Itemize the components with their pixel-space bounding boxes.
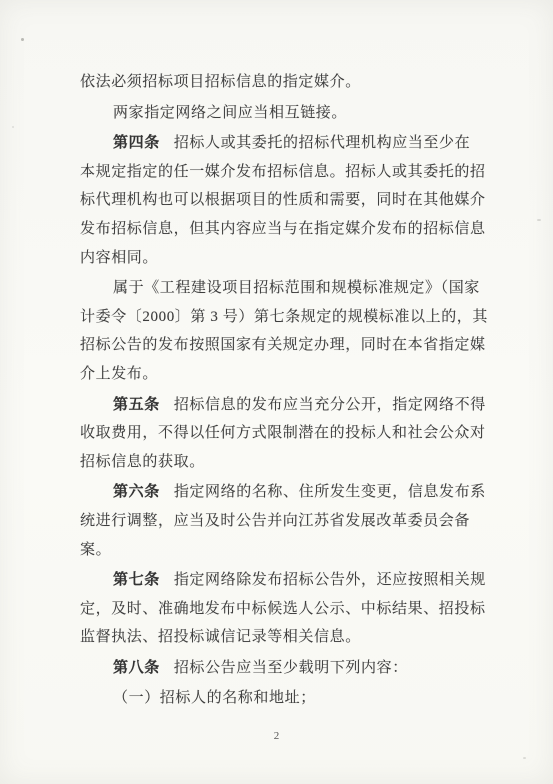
text-line: 第四条招标人或其委托的招标代理机构应当至少在	[80, 129, 480, 158]
scan-speck	[12, 126, 14, 128]
text-line: 招标信息的获取。	[80, 448, 480, 477]
line-text: 本规定指定的任一媒介发布招标信息。招标人或其委托的招	[80, 164, 486, 180]
line-text: 介上发布。	[80, 366, 158, 382]
line-text: 两家指定网络之间应当相互链接。	[113, 105, 347, 121]
line-text: 内容相同。	[80, 250, 158, 266]
text-line: 标代理机构也可以根据项目的性质和需要，同时在其他媒介	[80, 186, 480, 215]
line-text: 指定网络除发布招标公告外，还应按照相关规	[174, 572, 486, 588]
line-text: 监督执法、招投标诚信记录等相关信息。	[80, 629, 361, 645]
document-body: 依法必须招标项目招标信息的指定媒介。两家指定网络之间应当相互链接。第四条招标人或…	[80, 68, 480, 713]
line-text: 招标公告应当至少载明下列内容：	[174, 660, 408, 676]
line-text: 案。	[80, 542, 111, 558]
line-text: （一）招标人的名称和地址；	[113, 690, 316, 706]
text-line: 招标公告的发布按照国家有关规定办理，同时在本省指定媒	[80, 331, 480, 360]
text-line: 第七条指定网络除发布招标公告外，还应按照相关规	[80, 566, 480, 595]
line-text: 属于《工程建设项目招标范围和规模标准规定》（国家	[113, 280, 480, 296]
text-line: 发布招标信息，但其内容应当与在指定媒介发布的招标信息	[80, 215, 480, 244]
line-text: 招标信息的发布应当充分公开，指定网络不得	[174, 397, 486, 413]
text-line: 依法必须招标项目招标信息的指定媒介。	[80, 68, 480, 97]
line-text: 指定网络的名称、住所发生变更，信息发布系	[174, 484, 486, 500]
text-line: 内容相同。	[80, 244, 480, 273]
scanned-document-page: 依法必须招标项目招标信息的指定媒介。两家指定网络之间应当相互链接。第四条招标人或…	[0, 0, 553, 784]
article-number: 第四条	[113, 135, 160, 151]
line-text: 定，及时、准确地发布中标候选人公示、中标结果、招投标	[80, 601, 486, 617]
line-text: 计委令〔2000〕第 3 号）第七条规定的规模标准以上的，其	[80, 309, 488, 325]
text-line: 第六条指定网络的名称、住所发生变更，信息发布系	[80, 478, 480, 507]
line-text: 招标公告的发布按照国家有关规定办理，同时在本省指定媒	[80, 337, 486, 353]
text-line: 第八条招标公告应当至少载明下列内容：	[80, 654, 480, 683]
page-number: 2	[0, 730, 553, 742]
line-text: 招标人或其委托的招标代理机构应当至少在	[174, 135, 470, 151]
text-line: 定，及时、准确地发布中标候选人公示、中标结果、招投标	[80, 595, 480, 624]
text-line: 第五条招标信息的发布应当充分公开，指定网络不得	[80, 391, 480, 420]
line-text: 标代理机构也可以根据项目的性质和需要，同时在其他媒介	[80, 192, 486, 208]
line-text: 招标信息的获取。	[80, 454, 205, 470]
scan-speck	[523, 757, 526, 759]
article-number: 第六条	[113, 484, 160, 500]
line-text: 发布招标信息，但其内容应当与在指定媒介发布的招标信息	[80, 221, 486, 237]
text-line: 案。	[80, 536, 480, 565]
line-text: 统进行调整，应当及时公告并向江苏省发展改革委员会备	[80, 513, 470, 529]
line-text: 收取费用，不得以任何方式限制潜在的投标人和社会公众对	[80, 425, 486, 441]
text-line: （一）招标人的名称和地址；	[80, 684, 480, 713]
line-text: 依法必须招标项目招标信息的指定媒介。	[80, 74, 361, 90]
text-line: 两家指定网络之间应当相互链接。	[80, 99, 480, 128]
article-number: 第七条	[113, 572, 160, 588]
text-line: 介上发布。	[80, 360, 480, 389]
text-line: 属于《工程建设项目招标范围和规模标准规定》（国家	[80, 274, 480, 303]
article-number: 第五条	[113, 397, 160, 413]
text-line: 计委令〔2000〕第 3 号）第七条规定的规模标准以上的，其	[80, 303, 480, 332]
text-line: 收取费用，不得以任何方式限制潜在的投标人和社会公众对	[80, 419, 480, 448]
text-line: 统进行调整，应当及时公告并向江苏省发展改革委员会备	[80, 507, 480, 536]
scan-speck	[537, 219, 541, 221]
article-number: 第八条	[113, 660, 160, 676]
text-line: 监督执法、招投标诚信记录等相关信息。	[80, 623, 480, 652]
scan-speck	[21, 38, 24, 41]
text-line: 本规定指定的任一媒介发布招标信息。招标人或其委托的招	[80, 158, 480, 187]
